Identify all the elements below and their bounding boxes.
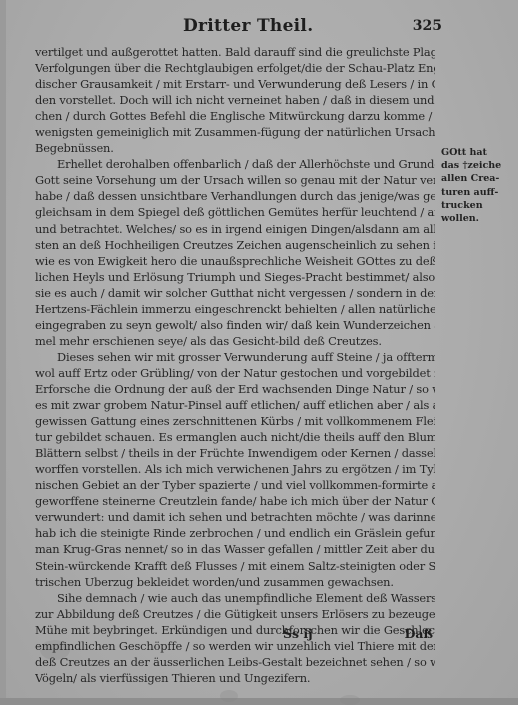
marginal-note-line: das †zeiche (441, 159, 511, 172)
marginal-note: GOtt hat das †zeiche allen Crea- turen a… (441, 146, 511, 225)
text-line: Gott seine Vorsehung um der Ursach wille… (35, 172, 435, 188)
text-line: hab ich die steinigte Rinde zerbrochen /… (35, 525, 435, 541)
text-line: deß Creutzes an der äusserlichen Leibs-G… (35, 654, 435, 670)
text-line: sten an deß Hochheiligen Creutzes Zeiche… (35, 237, 435, 253)
text-line: wenigsten gemeiniglich mit Zusammen-fügu… (35, 124, 435, 140)
text-line: Verfolgungen über die Rechtglaubigen erf… (35, 60, 435, 76)
text-line: man Krug-Gras nennet/ so in das Wasser g… (35, 541, 435, 557)
marginal-note-line: GOtt hat (441, 146, 511, 159)
page-edge-bottom (0, 698, 518, 705)
text-line: habe / daß dessen unsichtbare Verhandlun… (35, 188, 435, 204)
marginal-note-line: trucken (441, 199, 511, 212)
page-edge-left (0, 0, 6, 705)
text-line: Erforsche die Ordnung der auß der Erd wa… (35, 381, 435, 397)
text-line: Stein-würckende Krafft deß Flusses / mit… (35, 558, 435, 574)
text-line: Vögeln/ als vierfüssigen Thieren und Ung… (35, 670, 435, 686)
text-line: sie es auch / damit wir solcher Gutthat … (35, 285, 435, 301)
paper-stain (220, 690, 238, 702)
marginal-note-line: turen auff- (441, 186, 511, 199)
text-line: nischen Gebiet an der Tyber spazierte / … (35, 477, 435, 493)
page-header: Dritter Theil. 325 (35, 16, 440, 38)
text-line: Hertzens-Fächlein immerzu eingeschrenckt… (35, 301, 435, 317)
text-line: tur gebildet schauen. Es ermanglen auch … (35, 429, 435, 445)
text-line: Begebnüssen. (35, 140, 435, 156)
paragraph-start-line: Dieses sehen wir mit grosser Verwunderun… (35, 349, 435, 365)
body-text: vertilget und außgerottet hatten. Bald d… (35, 44, 435, 686)
text-line: discher Grausamkeit / mit Erstarr- und V… (35, 76, 435, 92)
paragraph-start-line: Erhellet derohalben offenbarlich / daß d… (35, 156, 435, 172)
text-line: wie es von Ewigkeit hero die unaußsprech… (35, 253, 435, 269)
text-line: eingegraben zu seyn gewolt/ also finden … (35, 317, 435, 333)
page-number: 325 (413, 18, 442, 34)
marginal-note-line: wollen. (441, 212, 511, 225)
page-footer: Ss ij Daß (35, 626, 435, 646)
text-line: zur Abbildung deß Creutzes / die Gütigke… (35, 606, 435, 622)
paper-stain (340, 695, 360, 705)
text-line: vertilget und außgerottet hatten. Bald d… (35, 44, 435, 60)
text-line: gleichsam in dem Spiegel deß göttlichen … (35, 204, 435, 220)
paragraph-start-line: Sihe demnach / wie auch das unempfindlic… (35, 590, 435, 606)
text-line: den vorstellet. Doch will ich nicht vern… (35, 92, 435, 108)
text-line: Blättern selbst / theils in der Früchte … (35, 445, 435, 461)
marginal-note-line: allen Crea- (441, 172, 511, 185)
scanned-page: Dritter Theil. 325 vertilget und außgero… (0, 0, 518, 705)
text-line: verwundert: und damit ich sehen und betr… (35, 509, 435, 525)
text-line: worffen vorstellen. Als ich mich verwich… (35, 461, 435, 477)
signature-mark: Ss ij (283, 626, 313, 641)
text-line: chen / durch Gottes Befehl die Englische… (35, 108, 435, 124)
text-line: mel mehr erschienen seye/ als das Gesich… (35, 333, 435, 349)
text-line: wol auff Ertz oder Grübling/ von der Nat… (35, 365, 435, 381)
text-line: es mit zwar grobem Natur-Pinsel auff etl… (35, 397, 435, 413)
text-line: und betrachtet. Welches/ so es in irgend… (35, 221, 435, 237)
text-line: geworffene steinerne Creutzlein fande/ h… (35, 493, 435, 509)
text-line: lichen Heyls und Erlösung Triumph und Si… (35, 269, 435, 285)
catchword: Daß (405, 626, 433, 641)
running-title: Dritter Theil. (183, 16, 313, 36)
text-line: trischen Uberzug bekleidet worden/und zu… (35, 574, 435, 590)
text-line: gewissen Gattung eines zerschnittenen Kü… (35, 413, 435, 429)
